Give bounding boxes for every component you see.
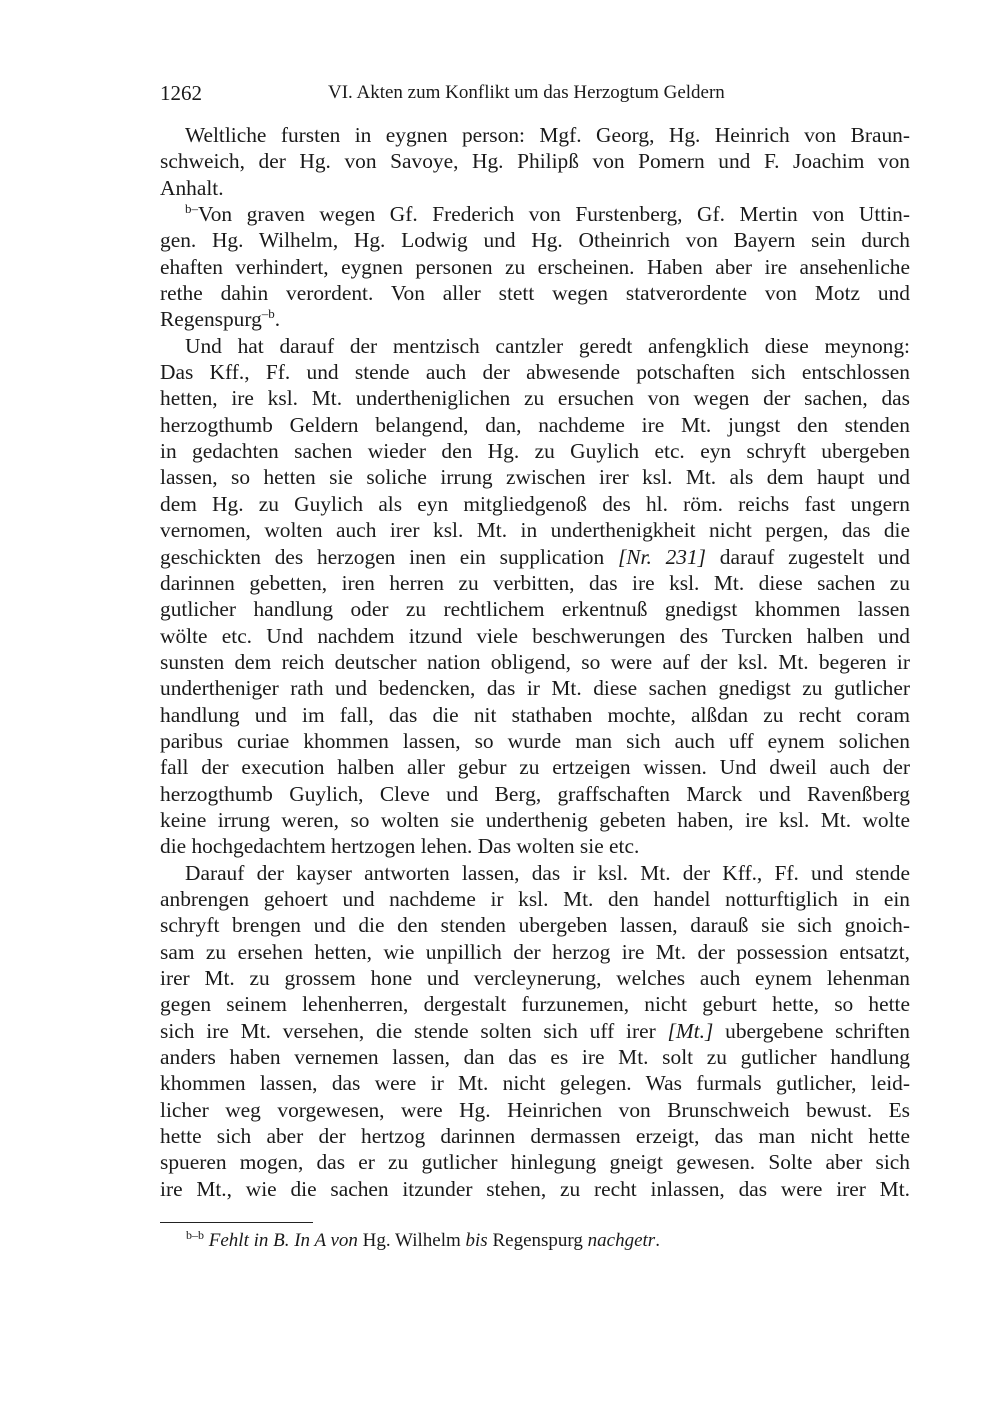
paragraph: b–Von graven wegen Gf. Frederich von Fur… xyxy=(160,201,910,333)
text-line: geschickten des herzogen inen ein suppli… xyxy=(160,544,910,570)
footnote-divider xyxy=(160,1222,313,1223)
text-line: spueren mogen, das er zu gutlicher hinle… xyxy=(160,1149,910,1175)
text-line: gen. Hg. Wilhelm, Hg. Lodwig und Hg. Oth… xyxy=(160,227,910,253)
text-line: licher weg vorgewesen, were Hg. Heinrich… xyxy=(160,1097,910,1123)
running-head: VI. Akten zum Konflikt um das Herzogtum … xyxy=(328,79,725,107)
main-text: Weltliche fursten in eygnen person: Mgf.… xyxy=(160,122,910,1202)
text-line: hette sich aber der hertzog darinnen der… xyxy=(160,1123,910,1149)
footnote-text: Regenspurg xyxy=(488,1230,588,1251)
paragraph: Und hat darauf der mentzisch cantzler ge… xyxy=(160,333,910,860)
text-line: vernomen, wolten auch irer ksl. Mt. in u… xyxy=(160,517,910,543)
footnote-text: Fehlt in B. In A von xyxy=(209,1230,358,1251)
text-line: gutlicher handlung oder zu rechtlichem e… xyxy=(160,596,910,622)
text-line: schweich, der Hg. von Savoye, Hg. Philip… xyxy=(160,148,910,174)
text-line: lassen, so hetten sie soliche irrung zwi… xyxy=(160,464,910,490)
variant-marker-open: b– xyxy=(185,201,198,216)
text-line: Das Kff., Ff. und stende auch der abwese… xyxy=(160,359,910,385)
text-line: undertheniger rath und bedencken, das ir… xyxy=(160,675,910,701)
text-line: anders haben vernemen lassen, dan das es… xyxy=(160,1044,910,1070)
text-line: rethe dahin verordent. Von aller stett w… xyxy=(160,280,910,306)
text-line: handlung und im fall, das die nit statha… xyxy=(160,702,910,728)
text-line: ehaften verhindert, eygnen personen zu e… xyxy=(160,254,910,280)
page-number: 1262 xyxy=(160,79,202,107)
text-line: fall der execution halben aller gebur zu… xyxy=(160,754,910,780)
text-line: irer Mt. zu grossem hone und vercleyneru… xyxy=(160,965,910,991)
text-line: sam zu ersehen hetten, wie unpillich der… xyxy=(160,939,910,965)
text-line: Weltliche fursten in eygnen person: Mgf.… xyxy=(160,122,910,148)
text-line: Darauf der kayser antworten lassen, das … xyxy=(160,860,910,886)
footnote-text: bis xyxy=(466,1230,488,1251)
text-line: sunsten dem reich deutscher nation oblig… xyxy=(160,649,910,675)
text-line: sich ire Mt. versehen, die stende solten… xyxy=(160,1018,910,1044)
text-line: Regenspurg–b. xyxy=(160,306,910,332)
text-line: Anhalt. xyxy=(160,175,910,201)
text-line: herzogthumb Guylich, Cleve und Berg, gra… xyxy=(160,781,910,807)
cross-reference: [Nr. 231] xyxy=(618,545,706,569)
text-line: in gedachten sachen wieder den Hg. zu Gu… xyxy=(160,438,910,464)
text-line: dem Hg. zu Guylich als eyn mitgliedgenoß… xyxy=(160,491,910,517)
footnote: b–b Fehlt in B. In A von Hg. Wilhelm bis… xyxy=(186,1228,660,1254)
text-line: wölte etc. Und nachdem itzund viele besc… xyxy=(160,623,910,649)
text-line: darinnen gebetten, iren herren zu verbit… xyxy=(160,570,910,596)
text-line: Und hat darauf der mentzisch cantzler ge… xyxy=(160,333,910,359)
text-line: die hochgedachtem hertzogen lehen. Das w… xyxy=(160,833,910,859)
text-line: herzogthumb Geldern belangend, dan, nach… xyxy=(160,412,910,438)
footnote-text: Hg. Wilhelm xyxy=(358,1230,466,1251)
paragraph: Weltliche fursten in eygnen person: Mgf.… xyxy=(160,122,910,201)
text-line: anbrengen gehoert und nachdeme ir ksl. M… xyxy=(160,886,910,912)
text-line: paribus curiae khommen lassen, so wurde … xyxy=(160,728,910,754)
footnote-marker: b–b xyxy=(186,1228,204,1242)
editorial-insertion: [Mt.] xyxy=(668,1019,714,1043)
text-line: keine irrung weren, so wolten sie undert… xyxy=(160,807,910,833)
text-line: khommen lassen, das were ir Mt. nicht ge… xyxy=(160,1070,910,1096)
text-line: b–Von graven wegen Gf. Frederich von Fur… xyxy=(160,201,910,227)
paragraph: Darauf der kayser antworten lassen, das … xyxy=(160,860,910,1202)
text-line: hetten, ire ksl. Mt. undertheniglichen z… xyxy=(160,385,910,411)
text-line: ire Mt., wie die sachen itzunder stehen,… xyxy=(160,1176,910,1202)
text-line: schryft brengen und die den stenden uber… xyxy=(160,912,910,938)
variant-marker-close: –b xyxy=(262,306,275,321)
text-line: gegen seinem lehenherren, dergestalt fur… xyxy=(160,991,910,1017)
footnote-text: nachgetr xyxy=(588,1230,656,1251)
page-header: 1262 VI. Akten zum Konflikt um das Herzo… xyxy=(160,79,910,107)
footnote-text: . xyxy=(655,1230,660,1251)
